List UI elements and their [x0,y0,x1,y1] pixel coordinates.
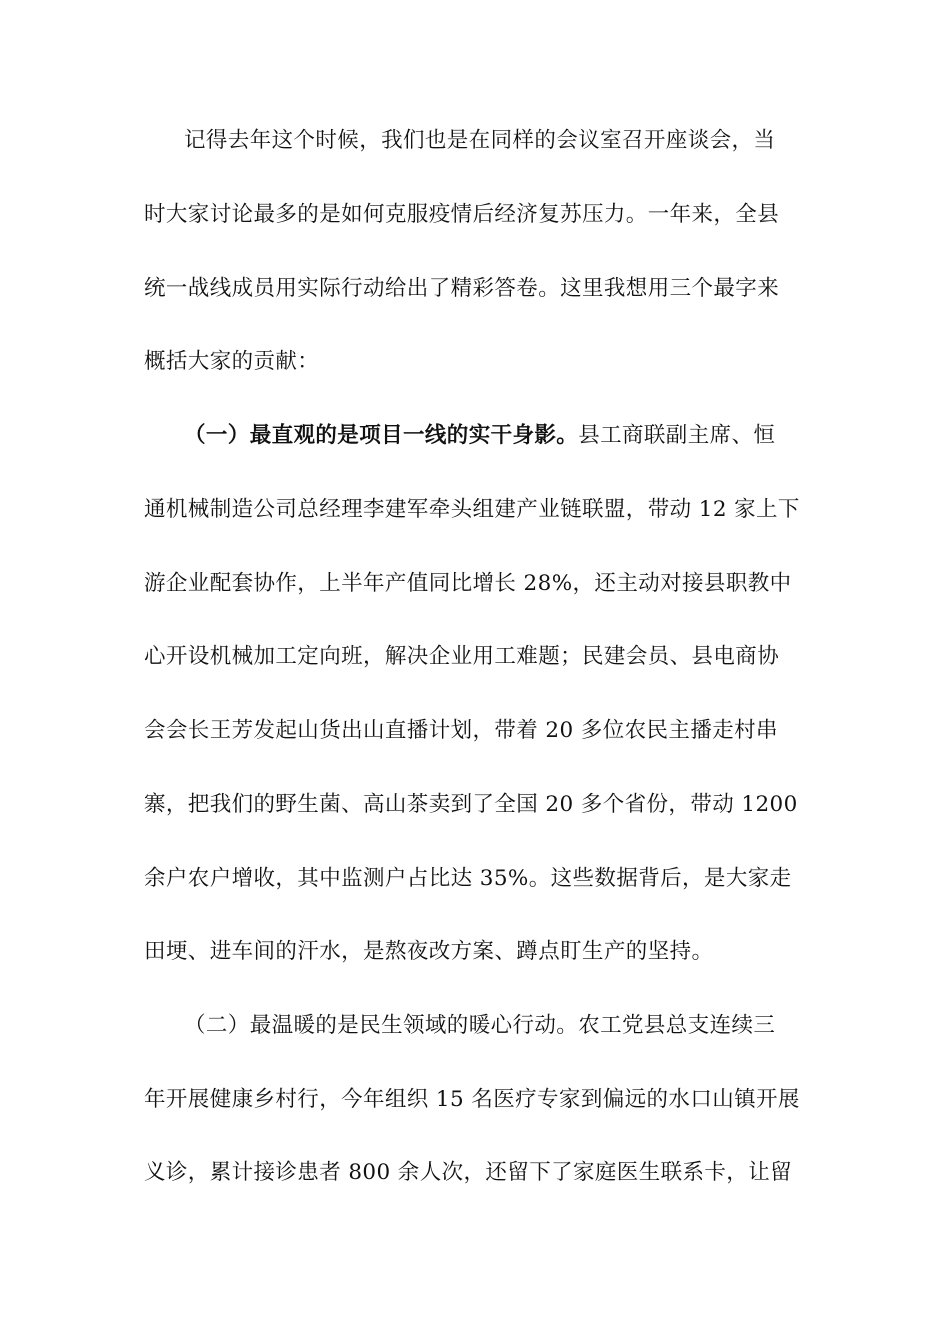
paragraph-intro-line-3: 统一战线成员用实际行动给出了精彩答卷。这里我想用三个最字来 [144,274,779,304]
section-1-line-5: 会会长王芳发起山货出山直播计划，带着 20 多位农民主播走村串 [144,716,778,746]
section-1-line-7: 余户农户增收，其中监测户占比达 35%。这些数据背后，是大家走 [144,864,792,894]
section-1-line-1: （一）最直观的是项目一线的实干身影。县工商联副主席、恒 [184,421,775,451]
section-1-line-1-text: 县工商联副主席、恒 [578,423,775,448]
section-2-line-3: 义诊，累计接诊患者 800 余人次，还留下了家庭医生联系卡，让留 [144,1158,792,1188]
section-1-heading: （一）最直观的是项目一线的实干身影。 [184,423,578,448]
paragraph-intro-line-4: 概括大家的贡献： [144,347,319,377]
document-page: 记得去年这个时候，我们也是在同样的会议室召开座谈会，当 时大家讨论最多的是如何克… [0,0,950,1344]
section-1-line-4: 心开设机械加工定向班，解决企业用工难题；民建会员、县电商协 [144,642,779,672]
section-2-line-1: （二）最温暖的是民生领域的暖心行动。农工党县总支连续三 [184,1011,775,1041]
paragraph-intro-line-2: 时大家讨论最多的是如何克服疫情后经济复苏压力。一年来，全县 [144,200,779,230]
section-2-line-2: 年开展健康乡村行，今年组织 15 名医疗专家到偏远的水口山镇开展 [144,1085,800,1115]
paragraph-intro-line-1: 记得去年这个时候，我们也是在同样的会议室召开座谈会，当 [184,126,775,156]
section-1-line-3: 游企业配套协作，上半年产值同比增长 28%，还主动对接县职教中 [144,569,792,599]
section-1-line-2: 通机械制造公司总经理李建军牵头组建产业链联盟，带动 12 家上下 [144,495,800,525]
section-1-line-6: 寨，把我们的野生菌、高山茶卖到了全国 20 多个省份，带动 1200 [144,790,798,820]
section-1-line-8: 田埂、进车间的汗水，是熬夜改方案、蹲点盯生产的坚持。 [144,937,713,967]
